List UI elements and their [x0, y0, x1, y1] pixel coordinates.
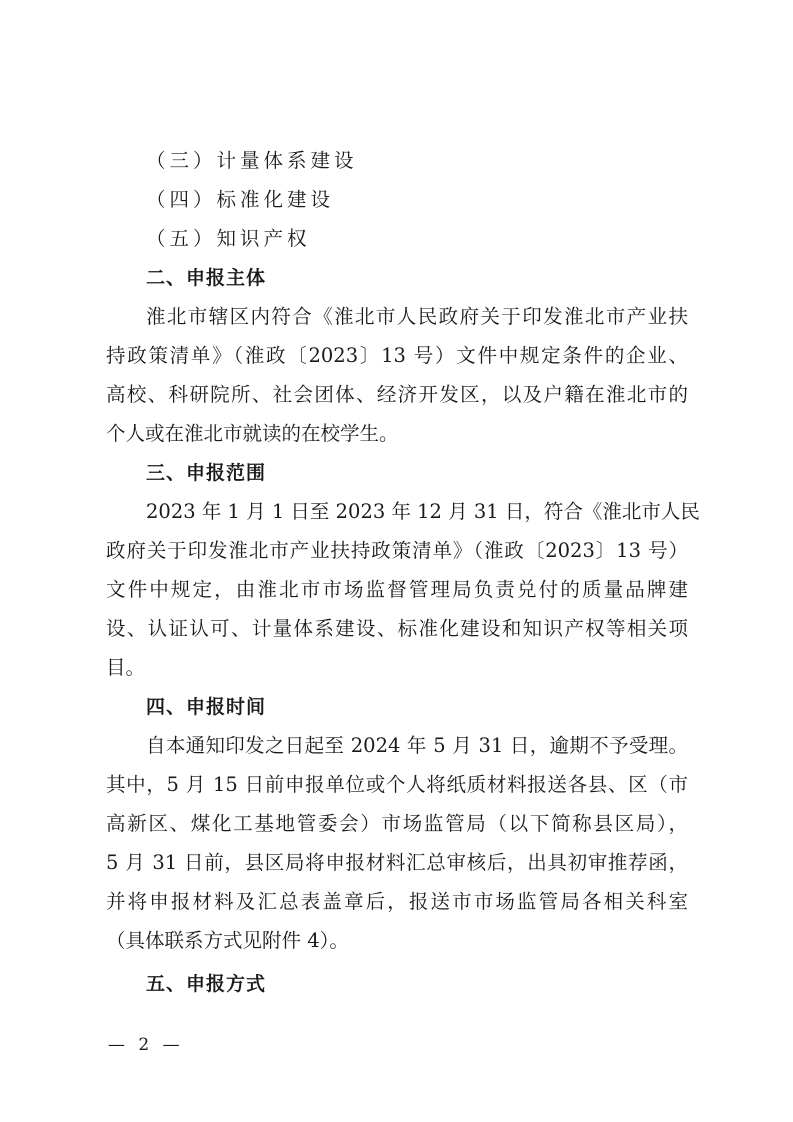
- section-heading-scope: 三、申报范围: [146, 460, 688, 486]
- paragraph-line: 2023 年 1 月 1 日至 2023 年 12 月 31 日，符合《淮北市人…: [146, 499, 688, 525]
- paragraph-line: （具体联系方式见附件 4）。: [106, 928, 688, 954]
- paragraph-line: 自本通知印发之日起至 2024 年 5 月 31 日，逾期不予受理。: [146, 733, 688, 759]
- paragraph-line: 其中，5 月 15 日前申报单位或个人将纸质材料报送各县、区（市: [106, 772, 688, 798]
- paragraph-line: 设、认证认可、计量体系建设、标准化建设和知识产权等相关项: [106, 616, 688, 642]
- paragraph-line: 目。: [106, 655, 688, 681]
- paragraph-line: 个人或在淮北市就读的在校学生。: [106, 421, 688, 447]
- paragraph-line: 并将申报材料及汇总表盖章后，报送市市场监管局各相关科室: [106, 889, 688, 915]
- paragraph-line: 5 月 31 日前，县区局将申报材料汇总审核后，出具初审推荐函，: [106, 850, 688, 876]
- paragraph-line: 文件中规定，由淮北市市场监督管理局负责兑付的质量品牌建: [106, 577, 688, 603]
- paragraph-line: 淮北市辖区内符合《淮北市人民政府关于印发淮北市产业扶: [146, 304, 688, 330]
- subitem-ip: （五）知识产权: [146, 226, 311, 252]
- subitem-standardization: （四）标准化建设: [146, 187, 334, 213]
- paragraph-line: 持政策清单》（淮政〔2023〕13 号）文件中规定条件的企业、: [106, 343, 688, 369]
- section-heading-time: 四、申报时间: [146, 694, 688, 720]
- paragraph-line: 高新区、煤化工基地管委会）市场监管局（以下简称县区局），: [106, 811, 688, 837]
- paragraph-line: 高校、科研院所、社会团体、经济开发区，以及户籍在淮北市的: [106, 382, 688, 408]
- page-number: — 2 —: [108, 1034, 184, 1056]
- section-heading-method: 五、申报方式: [146, 971, 688, 997]
- section-heading-applicants: 二、申报主体: [146, 265, 688, 291]
- paragraph-line: 政府关于印发淮北市产业扶持政策清单》（淮政〔2023〕13 号）: [106, 538, 688, 564]
- subitem-metrology: （三）计量体系建设: [146, 148, 358, 174]
